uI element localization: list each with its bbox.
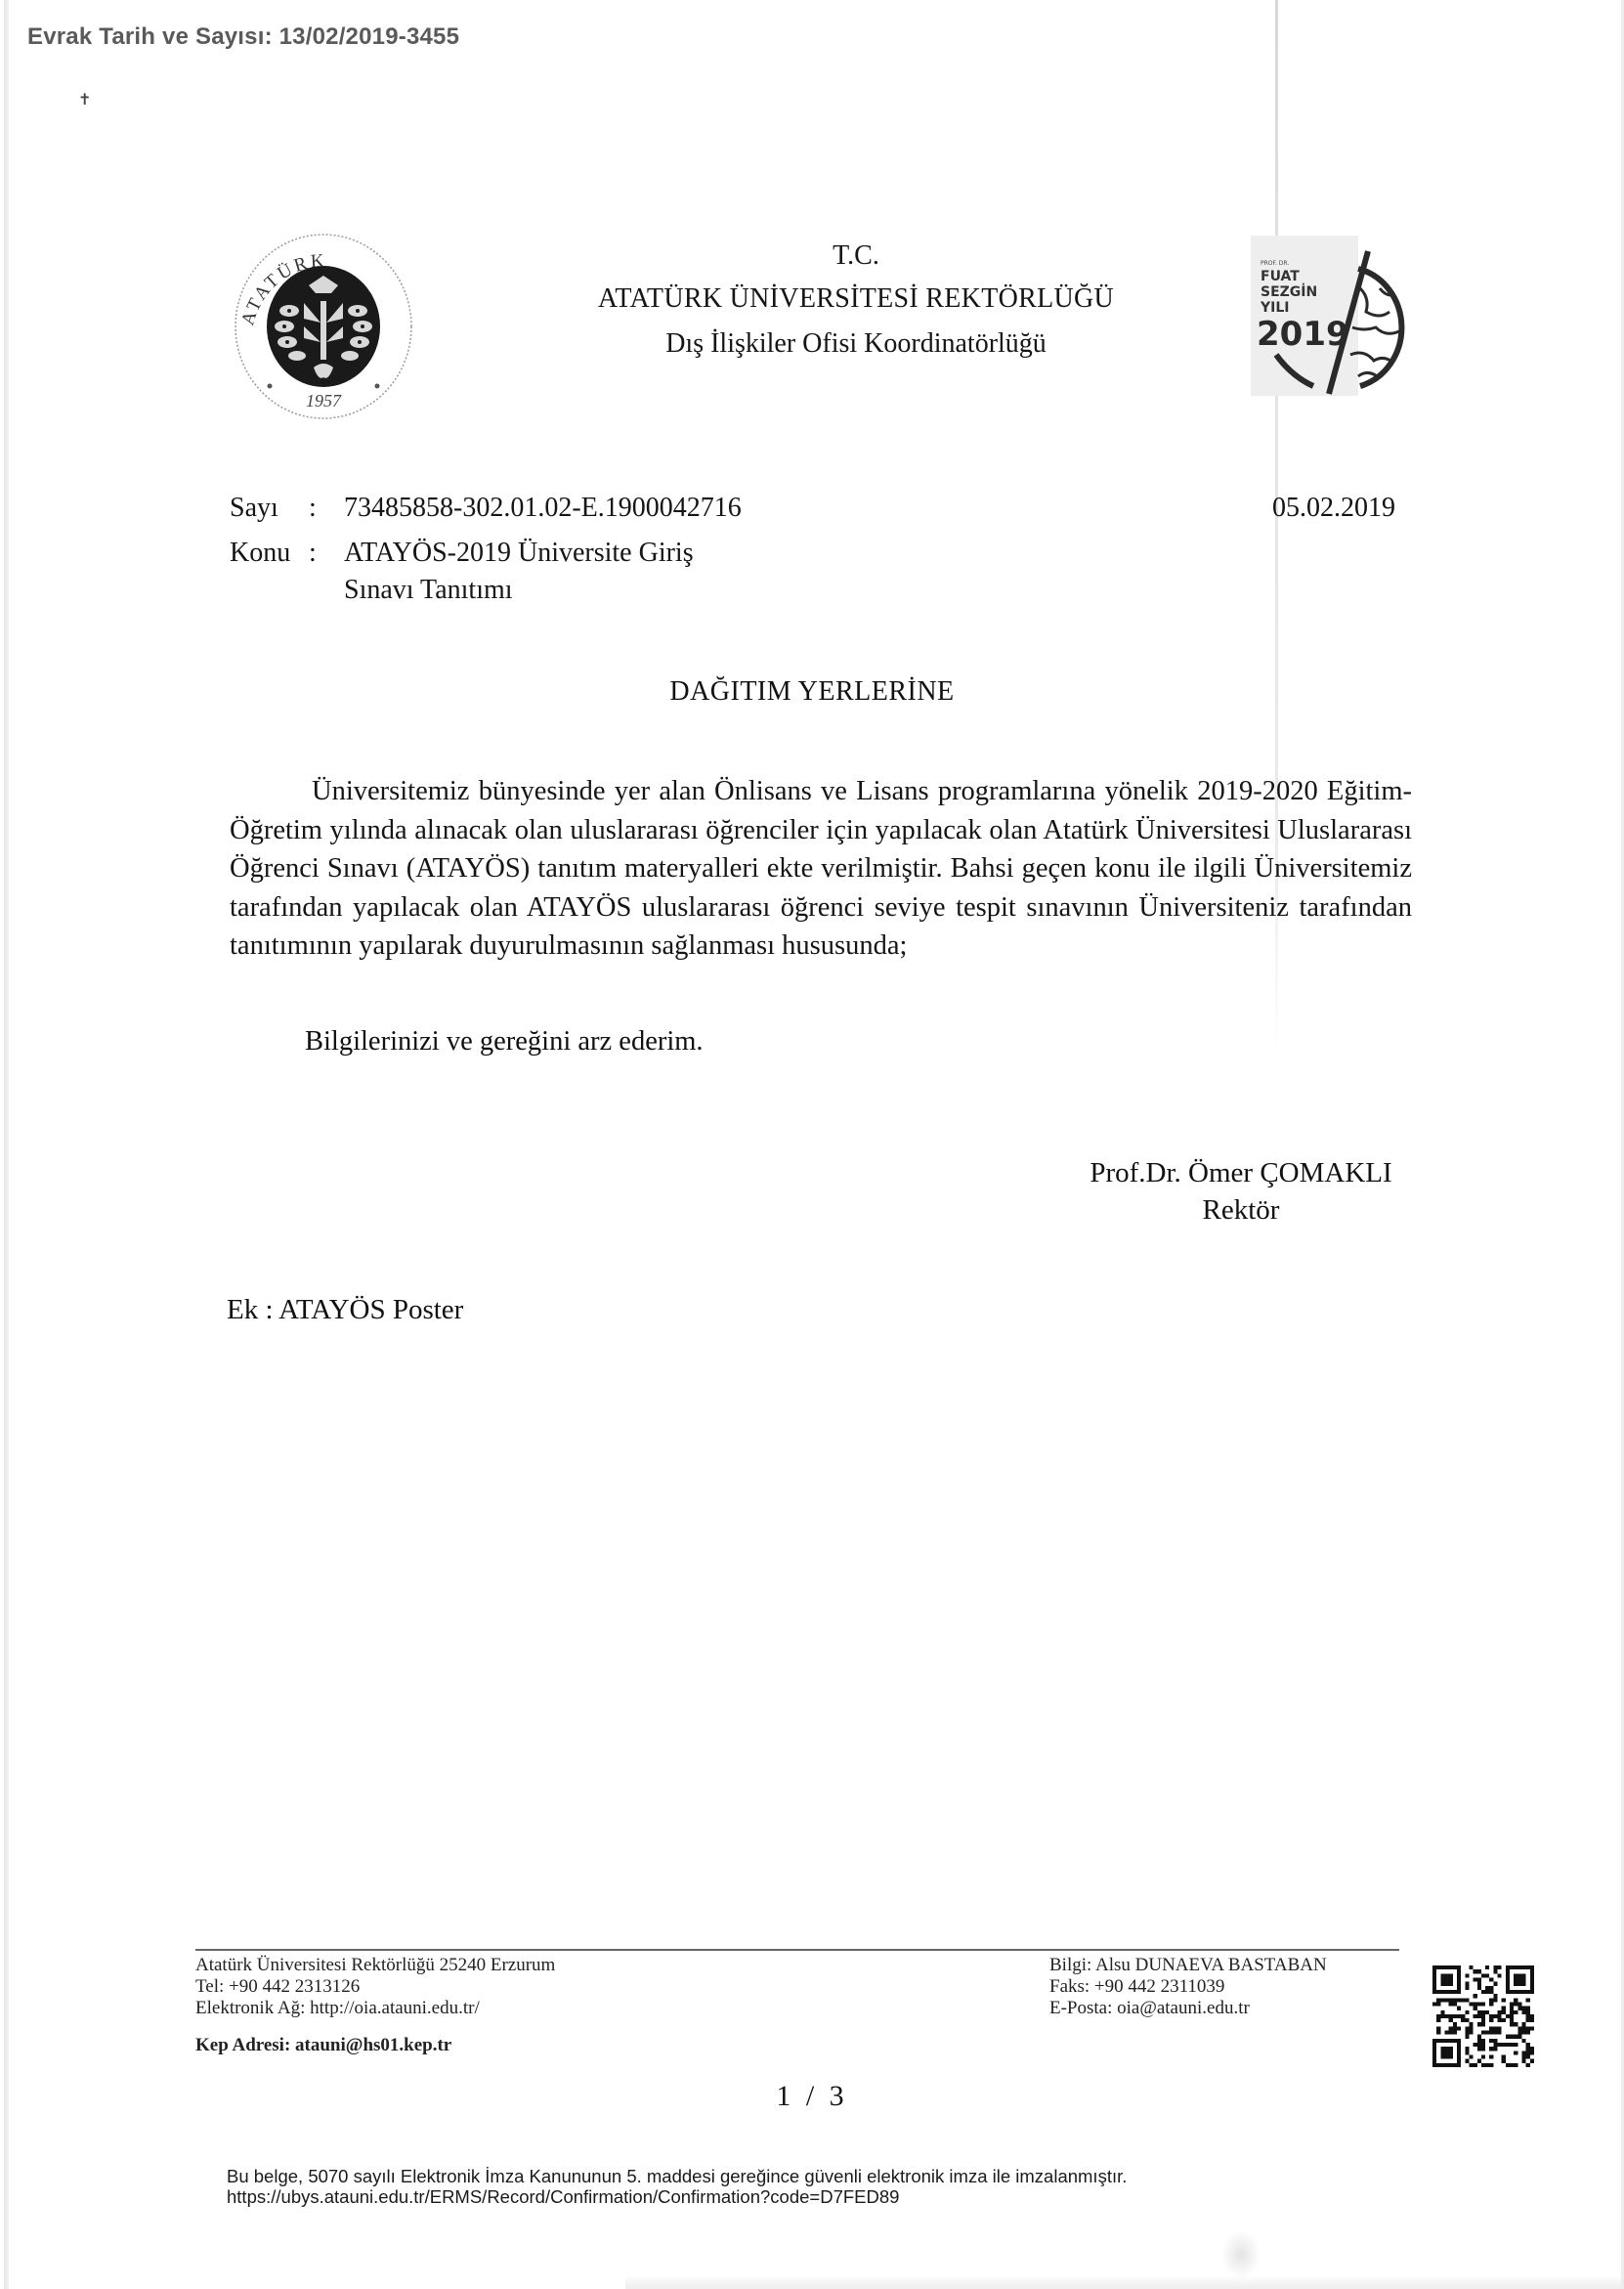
verification-url[interactable]: https://ubys.atauni.edu.tr/ERMS/Record/C… bbox=[227, 2186, 1127, 2207]
document-date: 05.02.2019 bbox=[1272, 493, 1395, 524]
page-total: 3 bbox=[830, 2080, 848, 2112]
page-separator: / bbox=[806, 2080, 818, 2112]
footer-contact-left: Atatürk Üniversitesi Rektörlüğü 25240 Er… bbox=[195, 1955, 555, 2019]
addressee: DAĞITIM YERLERİNE bbox=[0, 676, 1624, 708]
scan-edge-left bbox=[4, 0, 9, 2289]
scan-bottom-shade bbox=[625, 2275, 1624, 2289]
page-current: 1 bbox=[776, 2080, 794, 2112]
e-signature-statement: Bu belge, 5070 sayılı Elektronik İmza Ka… bbox=[227, 2166, 1127, 2186]
svg-text:1957: 1957 bbox=[306, 391, 342, 410]
stamp-mark: ✝ bbox=[78, 90, 91, 109]
subject-line-1: ATAYÖS-2019 Üniversite Giriş bbox=[344, 538, 694, 569]
footer-fax: Faks: +90 442 2311039 bbox=[1049, 1976, 1327, 1998]
document-number: 73485858-302.01.02-E.1900042716 bbox=[344, 493, 742, 524]
footer-web[interactable]: Elektronik Ağ: http://oia.atauni.edu.tr/ bbox=[195, 1998, 555, 2019]
header-institution: ATATÜRK ÜNİVERSİTESİ REKTÖRLÜĞÜ bbox=[367, 283, 1345, 315]
number-label: Sayı bbox=[230, 493, 278, 524]
signatory-name: Prof.Dr. Ömer ÇOMAKLI bbox=[1026, 1157, 1456, 1189]
header-department: Dış İlişkiler Ofisi Koordinatörlüğü bbox=[367, 328, 1345, 360]
annex: Ek : ATAYÖS Poster bbox=[227, 1294, 463, 1326]
header-tc: T.C. bbox=[367, 240, 1345, 272]
number-colon: : bbox=[309, 493, 317, 524]
e-signature-notice: Bu belge, 5070 sayılı Elektronik İmza Ka… bbox=[227, 2166, 1127, 2207]
footer-divider bbox=[195, 1949, 1399, 1951]
footer-email[interactable]: E-Posta: oia@atauni.edu.tr bbox=[1049, 1998, 1327, 2019]
scan-smudge bbox=[1221, 2230, 1261, 2279]
footer-tel: Tel: +90 442 2313126 bbox=[195, 1976, 555, 1998]
signatory-title: Rektör bbox=[1026, 1194, 1456, 1227]
footer-kep: Kep Adresi: atauni@hs01.kep.tr bbox=[195, 2035, 451, 2056]
footer-info: Bilgi: Alsu DUNAEVA BASTABAN bbox=[1049, 1955, 1327, 1976]
body-paragraph-text: Üniversitemiz bünyesinde yer alan Önlisa… bbox=[230, 776, 1412, 961]
subject-colon: : bbox=[309, 538, 317, 569]
subject-label: Konu bbox=[230, 538, 290, 569]
subject-line-2: Sınavı Tanıtımı bbox=[344, 575, 513, 606]
closing-sentence: Bilgilerinizi ve gereğini arz ederim. bbox=[305, 1026, 704, 1058]
footer-address: Atatürk Üniversitesi Rektörlüğü 25240 Er… bbox=[195, 1955, 555, 1976]
registry-stamp: Evrak Tarih ve Sayısı: 13/02/2019-3455 bbox=[27, 23, 459, 51]
body-paragraph: Üniversitemiz bünyesinde yer alan Önlisa… bbox=[230, 772, 1412, 966]
page-number: 1 / 3 bbox=[0, 2080, 1624, 2113]
qr-code-icon bbox=[1432, 1963, 1534, 2070]
footer-contact-right: Bilgi: Alsu DUNAEVA BASTABAN Faks: +90 4… bbox=[1049, 1955, 1327, 2019]
